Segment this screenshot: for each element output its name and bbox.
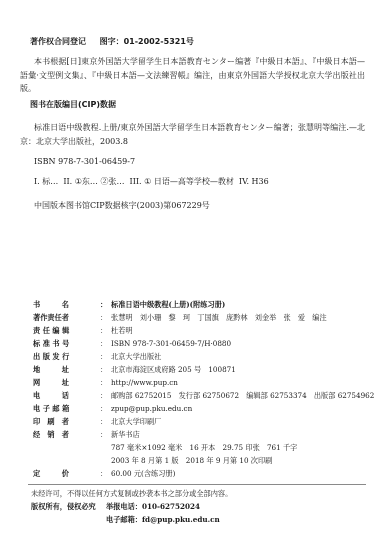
copyright-registration: 著作权合同登记 图字：01-2002-5321号 xyxy=(30,35,194,48)
imprint-value: 标准日语中级教程(上册)(附练习册) xyxy=(111,298,225,311)
imprint-value: 北京大学印刷厂 xyxy=(111,415,161,428)
imprint-value: 邮购部 62752015 发行部 62750672 编辑部 62753374 出… xyxy=(111,389,374,402)
imprint-label: 著作责任者 xyxy=(33,311,100,324)
imprint-row-email: 电 子 邮 箱：zpup@pup.pku.edu.cn xyxy=(33,402,192,415)
imprint-row-address: 地 址：北京市海淀区成府路 205 号 100871 xyxy=(33,363,236,376)
imprint-row-distributor: 经 销 者：新华书店 xyxy=(33,428,140,441)
imprint-label: 出 版 发 行 xyxy=(33,350,100,363)
imprint-value: 2003 年 8 月第 1 版 2018 年 9 月第 10 次印刷 xyxy=(111,454,272,467)
copyright-page: 著作权合同登记 图字：01-2002-5321号 本书根据[日]東京外国語大学留… xyxy=(0,0,375,540)
imprint-label: 印 刷 者 xyxy=(33,415,100,428)
imprint-label: 定 价 xyxy=(33,467,100,480)
imprint-row-printer: 印 刷 者：北京大学印刷厂 xyxy=(33,415,161,428)
imprint-label: 地 址 xyxy=(33,363,100,376)
report-email-label: 电子邮箱： xyxy=(106,515,142,524)
imprint-value: 787 毫米×1092 毫米 16 开本 29.75 印张 761 千字 xyxy=(111,441,297,454)
imprint-value: ISBN 978-7-301-06459-7/H·0880 xyxy=(111,337,231,350)
imprint-value: 新华书店 xyxy=(111,428,140,441)
imprint-label: 电 话 xyxy=(33,389,100,402)
imprint-value: 北京市海淀区成府路 205 号 100871 xyxy=(111,363,236,376)
imprint-value: zpup@pup.pku.edu.cn xyxy=(111,402,192,415)
report-email-value: fd@pup.pku.edu.cn xyxy=(142,515,220,524)
imprint-value: 张慧明 刘小珊 黎 珂 丁国旗 庞黔林 刘金举 张 爱 编注 xyxy=(111,311,327,324)
imprint-row-publisher: 出 版 发 行：北京大学出版社 xyxy=(33,350,161,363)
imprint-label: 书 名 xyxy=(33,298,100,311)
imprint-row-edition: 2003 年 8 月第 1 版 2018 年 9 月第 10 次印刷 xyxy=(33,454,272,467)
imprint-row-price: 定 价：60.00 元(含练习册) xyxy=(33,467,175,480)
footer-rights: 版权所有，侵权必究 xyxy=(31,500,96,513)
imprint-row-format: 787 毫米×1092 毫米 16 开本 29.75 印张 761 千字 xyxy=(33,441,297,454)
imprint-value: 60.00 元(含练习册) xyxy=(111,467,175,480)
imprint-row-title: 书 名：标准日语中级教程(上册)(附练习册) xyxy=(33,298,225,311)
copyright-registration-label: 著作权合同登记 xyxy=(30,37,86,46)
imprint-row-phone: 电 话：邮购部 62752015 发行部 62750672 编辑部 627533… xyxy=(33,389,374,402)
footer-notice: 未经许可，不得以任何方式复制或抄袭本书之部分或全部内容。 xyxy=(31,487,232,500)
cip-number: 中国版本图书馆CIP数据核字(2003)第067229号 xyxy=(34,199,210,212)
imprint-value: 北京大学出版社 xyxy=(111,350,161,363)
cip-classification: I. 标… II. ①东… ②张… III. ① 日语—高等学校—教材 IV. … xyxy=(34,175,269,188)
cip-entry: 标准日语中级教程.上册/東京外国語大学留学生日本語教育センター编著；张慧明等编注… xyxy=(20,121,365,148)
imprint-label: 经 销 者 xyxy=(33,428,100,441)
imprint-value: http://www.pup.cn xyxy=(111,376,178,389)
license-paragraph: 本书根据[日]東京外国語大学留学生日本語教育センター编著『中級日本語』、『中級日… xyxy=(20,55,365,96)
footer-report-phone: 举报电话：010-62752024 xyxy=(106,500,200,513)
cip-isbn: ISBN 978-7-301-06459-7 xyxy=(34,155,135,168)
cip-heading: 图书在版编目(CIP)数据 xyxy=(30,98,116,111)
imprint-label: 责 任 编 辑 xyxy=(33,324,100,337)
report-phone-value: 010-62752024 xyxy=(142,502,200,511)
imprint-label: 网 址 xyxy=(33,376,100,389)
copyright-registration-number: 图字：01-2002-5321号 xyxy=(100,37,194,46)
imprint-label: 电 子 邮 箱 xyxy=(33,402,100,415)
imprint-row-website: 网 址：http://www.pup.cn xyxy=(33,376,178,389)
report-phone-label: 举报电话： xyxy=(106,502,142,511)
imprint-row-authors: 著作责任者：张慧明 刘小珊 黎 珂 丁国旗 庞黔林 刘金举 张 爱 编注 xyxy=(33,311,327,324)
imprint-value: 杜若明 xyxy=(111,324,133,337)
footer-report-email: 电子邮箱：fd@pup.pku.edu.cn xyxy=(106,513,220,526)
separator-line xyxy=(28,484,366,485)
imprint-row-editor: 责 任 编 辑：杜若明 xyxy=(33,324,133,337)
imprint-row-isbn: 标 准 书 号：ISBN 978-7-301-06459-7/H·0880 xyxy=(33,337,231,350)
imprint-label: 标 准 书 号 xyxy=(33,337,100,350)
